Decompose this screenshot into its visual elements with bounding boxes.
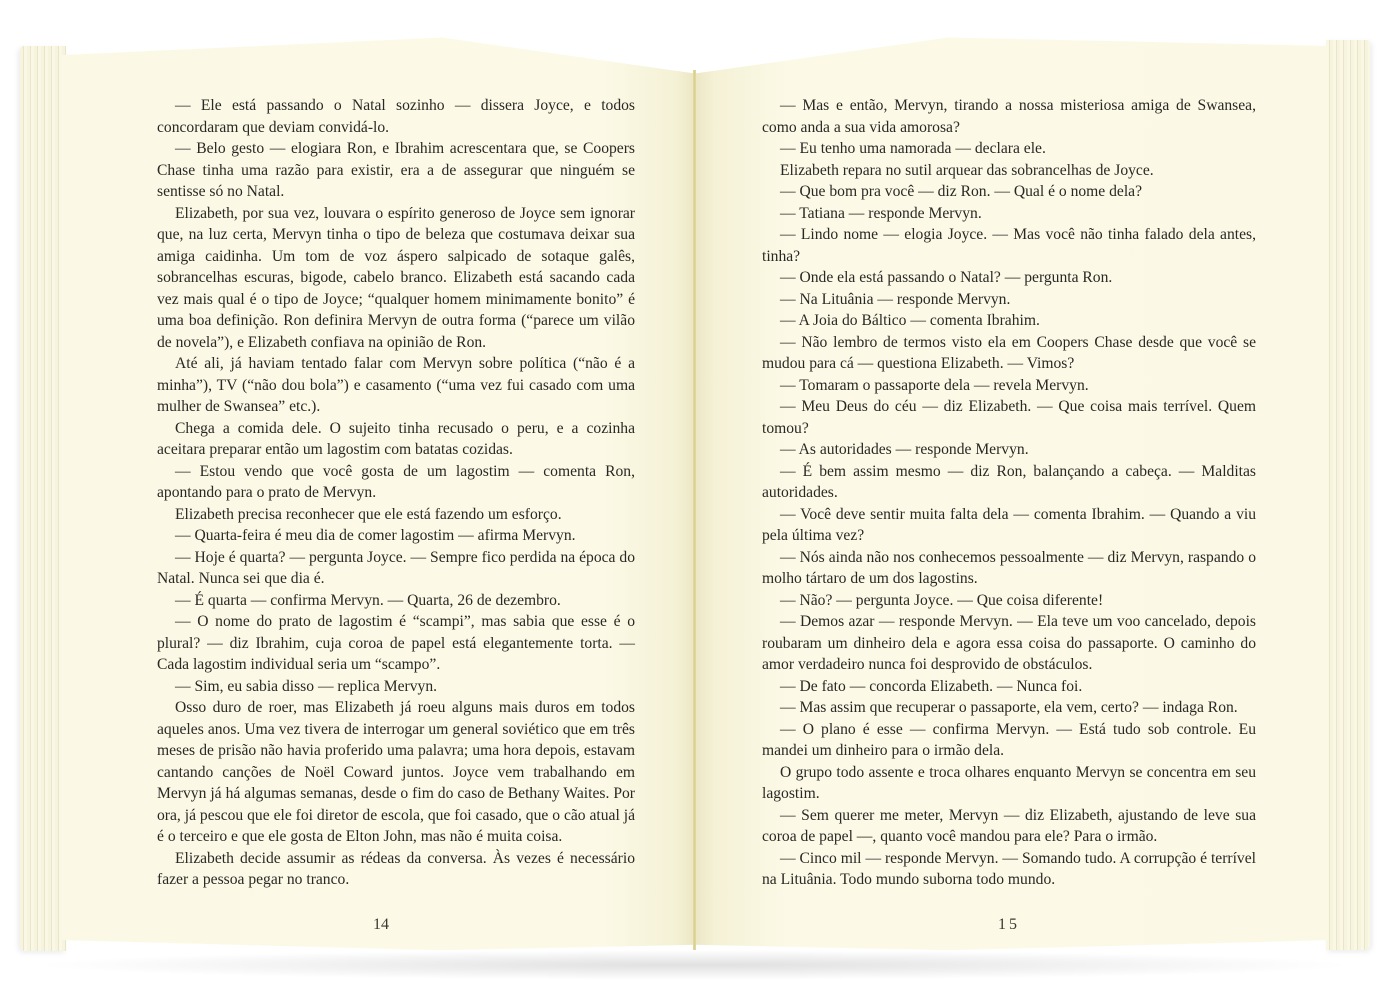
paragraph: — Meu Deus do céu — diz Elizabeth. — Que… <box>762 396 1256 439</box>
open-book-spread: — Ele está passando o Natal sozinho — di… <box>0 0 1390 1000</box>
paragraph: Elizabeth precisa reconhecer que ele est… <box>157 504 635 526</box>
page-edges-right <box>1326 40 1370 950</box>
paragraph: — Mas e então, Mervyn, tirando a nossa m… <box>762 95 1256 138</box>
paragraph: — Que bom pra você — diz Ron. — Qual é o… <box>762 181 1256 203</box>
paragraph: — Cinco mil — responde Mervyn. — Somando… <box>762 848 1256 891</box>
paragraph: — Não lembro de termos visto ela em Coop… <box>762 332 1256 375</box>
paragraph: — É bem assim mesmo — diz Ron, balançand… <box>762 461 1256 504</box>
paragraph: — As autoridades — responde Mervyn. <box>762 439 1256 461</box>
paragraph: Osso duro de roer, mas Elizabeth já roeu… <box>157 697 635 848</box>
book-shadow <box>30 950 1360 980</box>
paragraph: — Mas assim que recuperar o passaporte, … <box>762 697 1256 719</box>
paragraph: — Você deve sentir muita falta dela — co… <box>762 504 1256 547</box>
paragraph: — De fato — concorda Elizabeth. — Nunca … <box>762 676 1256 698</box>
paragraph: Até ali, já haviam tentado falar com Mer… <box>157 353 635 418</box>
paragraph: — Sem querer me meter, Mervyn — diz Eliz… <box>762 805 1256 848</box>
right-page-text: — Mas e então, Mervyn, tirando a nossa m… <box>762 95 1256 891</box>
left-page-text: — Ele está passando o Natal sozinho — di… <box>157 95 635 891</box>
paragraph: — A Joia do Báltico — comenta Ibrahim. <box>762 310 1256 332</box>
paragraph: — Estou vendo que você gosta de um lagos… <box>157 461 635 504</box>
paragraph: — O nome do prato de lagostim é “scampi”… <box>157 611 635 676</box>
paragraph: — Quarta-feira é meu dia de comer lagost… <box>157 525 635 547</box>
paragraph: — Ele está passando o Natal sozinho — di… <box>157 95 635 138</box>
book-gutter <box>693 70 696 950</box>
paragraph: — Hoje é quarta? — pergunta Joyce. — Sem… <box>157 547 635 590</box>
page-edges-left <box>20 46 66 951</box>
paragraph: Elizabeth, por sua vez, louvara o espíri… <box>157 203 635 354</box>
paragraph: Elizabeth decide assumir as rédeas da co… <box>157 848 635 891</box>
paragraph: — Tomaram o passaporte dela — revela Mer… <box>762 375 1256 397</box>
paragraph: — O plano é esse — confirma Mervyn. — Es… <box>762 719 1256 762</box>
paragraph: — Nós ainda não nos conhecemos pessoalme… <box>762 547 1256 590</box>
paragraph: Chega a comida dele. O sujeito tinha rec… <box>157 418 635 461</box>
paragraph: — É quarta — confirma Mervyn. — Quarta, … <box>157 590 635 612</box>
paragraph: — Belo gesto — elogiara Ron, e Ibrahim a… <box>157 138 635 203</box>
paragraph: Elizabeth repara no sutil arquear das so… <box>762 160 1256 182</box>
paragraph: — Onde ela está passando o Natal? — perg… <box>762 267 1256 289</box>
paragraph: O grupo todo assente e troca olhares enq… <box>762 762 1256 805</box>
paragraph: — Não? — pergunta Joyce. — Que coisa dif… <box>762 590 1256 612</box>
paragraph: — Lindo nome — elogia Joyce. — Mas você … <box>762 224 1256 267</box>
paragraph: — Na Lituânia — responde Mervyn. <box>762 289 1256 311</box>
paragraph: — Tatiana — responde Mervyn. <box>762 203 1256 225</box>
page-number-left: 14 <box>351 916 411 934</box>
paragraph: — Eu tenho uma namorada — declara ele. <box>762 138 1256 160</box>
paragraph: — Demos azar — responde Mervyn. — Ela te… <box>762 611 1256 676</box>
paragraph: — Sim, eu sabia disso — replica Mervyn. <box>157 676 635 698</box>
page-number-right: 15 <box>979 916 1039 934</box>
